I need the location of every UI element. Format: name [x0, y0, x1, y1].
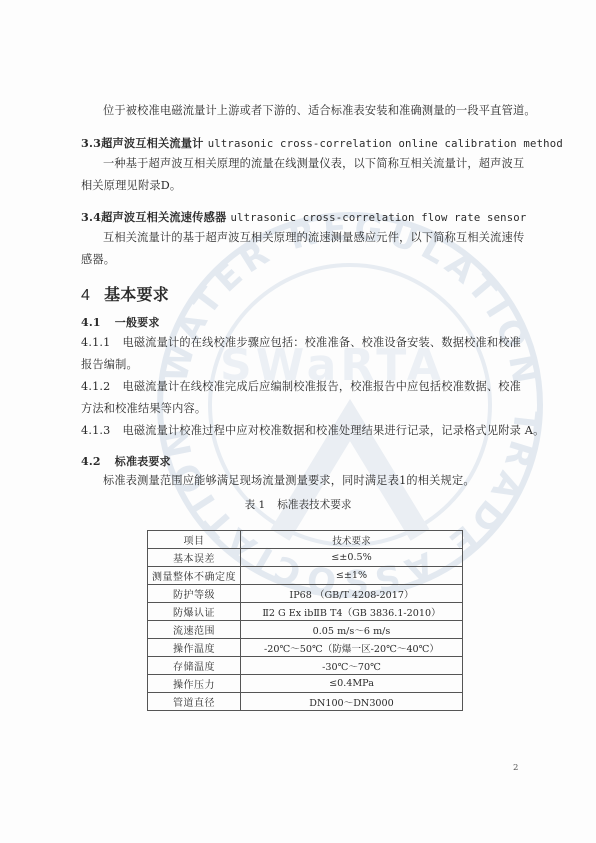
- clause-4-1-1-line1: 4.1.1电磁流量计的在线校准步骤应包括：校准准备、校准设备安装、数据校准和校准: [81, 336, 521, 350]
- header-item: 项目: [148, 531, 241, 549]
- page-number: 2: [513, 763, 518, 773]
- table-row: 操作温度 -20℃～50℃（防爆一区-20℃～40℃）: [148, 639, 463, 657]
- cell-item: 防爆认证: [148, 603, 241, 621]
- cell-requirement: ≤±0.5%: [241, 549, 463, 567]
- paragraph-3-3-line2: 相关原理见附录D。: [81, 179, 181, 193]
- heading-number: 4.2: [81, 455, 101, 468]
- table-header-row: 项目 技术要求: [148, 531, 463, 549]
- heading-number: 3.3: [81, 136, 101, 150]
- cell-item: 管道直径: [148, 693, 241, 711]
- paragraph-3-4-line1: 互相关流量计的基于超声波互相关原理的流速测量感应元件，以下简称互相关流速传: [103, 231, 524, 245]
- cell-item: 存储温度: [148, 657, 241, 675]
- spec-table: 项目 技术要求 基本误差 ≤±0.5% 测量整体不确定度 ≤±1% 防护等级 I…: [147, 530, 463, 711]
- cell-requirement: ≤0.4MPa: [241, 675, 463, 693]
- heading-title: 一般要求: [115, 316, 160, 329]
- clause-text: 电磁流量计在线校准完成后应编制校准报告，校准报告中应包括校准数据、校准: [122, 380, 521, 393]
- heading-title-en: ultrasonic cross-correlation online cali…: [208, 138, 563, 150]
- clause-number: 4.1.3: [81, 424, 110, 437]
- cell-item: 操作温度: [148, 639, 241, 657]
- heading-title-cn: 超声波互相关流量计: [101, 136, 204, 150]
- table-row: 存储温度 -30℃～70℃: [148, 657, 463, 675]
- cell-item: 测量整体不确定度: [148, 567, 241, 585]
- heading-3-3: 3.3超声波互相关流量计 ultrasonic cross-correlatio…: [81, 136, 563, 151]
- cell-requirement: IP68 （GB/T 4208-2017）: [241, 585, 463, 603]
- clause-number: 4.1.1: [81, 336, 110, 349]
- heading-title-cn: 超声波互相关流速传感器: [101, 210, 226, 224]
- heading-number: 4: [81, 287, 90, 304]
- heading-4: 4基本要求: [81, 285, 169, 306]
- table-row: 防爆认证 Ⅱ2 G Ex ibⅡB T4（GB 3836.1-2010）: [148, 603, 463, 621]
- cell-item: 流速范围: [148, 621, 241, 639]
- heading-title: 标准表要求: [115, 455, 171, 468]
- table-caption: 表 1标准表技术要求: [0, 497, 596, 512]
- clause-text: 电磁流量计的在线校准步骤应包括：校准准备、校准设备安装、数据校准和校准: [122, 336, 521, 349]
- table-row: 操作压力 ≤0.4MPa: [148, 675, 463, 693]
- cell-requirement: ≤±1%: [241, 567, 463, 585]
- heading-title-en: ultrasonic cross-correlation flow rate s…: [230, 212, 526, 224]
- clause-4-1-2-line1: 4.1.2电磁流量计在线校准完成后应编制校准报告，校准报告中应包括校准数据、校准: [81, 380, 521, 394]
- paragraph-4-2-body: 标准表测量范围应能够满足现场流量测量要求，同时满足表1的相关规定。: [103, 474, 475, 488]
- paragraph-3-3-line1: 一种基于超声波互相关原理的流量在线测量仪表，以下简称互相关流量计，超声波互: [103, 157, 524, 171]
- heading-title: 基本要求: [104, 285, 169, 304]
- cell-requirement: Ⅱ2 G Ex ibⅡB T4（GB 3836.1-2010）: [241, 603, 463, 621]
- table-row: 流速范围 0.05 m/s～6 m/s: [148, 621, 463, 639]
- caption-number: 表 1: [245, 499, 266, 511]
- clause-4-1-2-line2: 方法和校准结果等内容。: [81, 402, 206, 416]
- heading-number: 3.4: [81, 210, 101, 224]
- paragraph-3-2-tail: 位于被校准电磁流量计上游或者下游的、适合标准表安装和准确测量的一段平直管道。: [103, 104, 536, 118]
- table-row: 防护等级 IP68 （GB/T 4208-2017）: [148, 585, 463, 603]
- clause-4-1-3: 4.1.3电磁流量计校准过程中应对校准数据和校准处理结果进行记录，记录格式见附录…: [81, 424, 544, 438]
- document-page: WATER REGULATION TRADE ASSOCIATION SWaRT…: [0, 0, 596, 843]
- heading-3-4: 3.4超声波互相关流速传感器 ultrasonic cross-correlat…: [81, 210, 526, 225]
- heading-4-1: 4.1一般要求: [81, 316, 160, 330]
- table-row: 管道直径 DN100～DN3000: [148, 693, 463, 711]
- cell-requirement: -20℃～50℃（防爆一区-20℃～40℃）: [241, 639, 463, 657]
- clause-text: 电磁流量计校准过程中应对校准数据和校准处理结果进行记录，记录格式见附录 A。: [122, 424, 544, 437]
- clause-number: 4.1.2: [81, 380, 110, 393]
- cell-item: 操作压力: [148, 675, 241, 693]
- heading-4-2: 4.2标准表要求: [81, 455, 171, 469]
- table-row: 测量整体不确定度 ≤±1%: [148, 567, 463, 585]
- clause-4-1-1-line2: 报告编制。: [81, 358, 138, 372]
- heading-number: 4.1: [81, 316, 101, 329]
- table-row: 基本误差 ≤±0.5%: [148, 549, 463, 567]
- cell-requirement: -30℃～70℃: [241, 657, 463, 675]
- paragraph-3-4-line2: 感器。: [81, 253, 115, 267]
- cell-item: 防护等级: [148, 585, 241, 603]
- cell-requirement: DN100～DN3000: [241, 693, 463, 711]
- cell-item: 基本误差: [148, 549, 241, 567]
- caption-title: 标准表技术要求: [277, 499, 351, 511]
- header-requirement: 技术要求: [241, 531, 463, 549]
- cell-requirement: 0.05 m/s～6 m/s: [241, 621, 463, 639]
